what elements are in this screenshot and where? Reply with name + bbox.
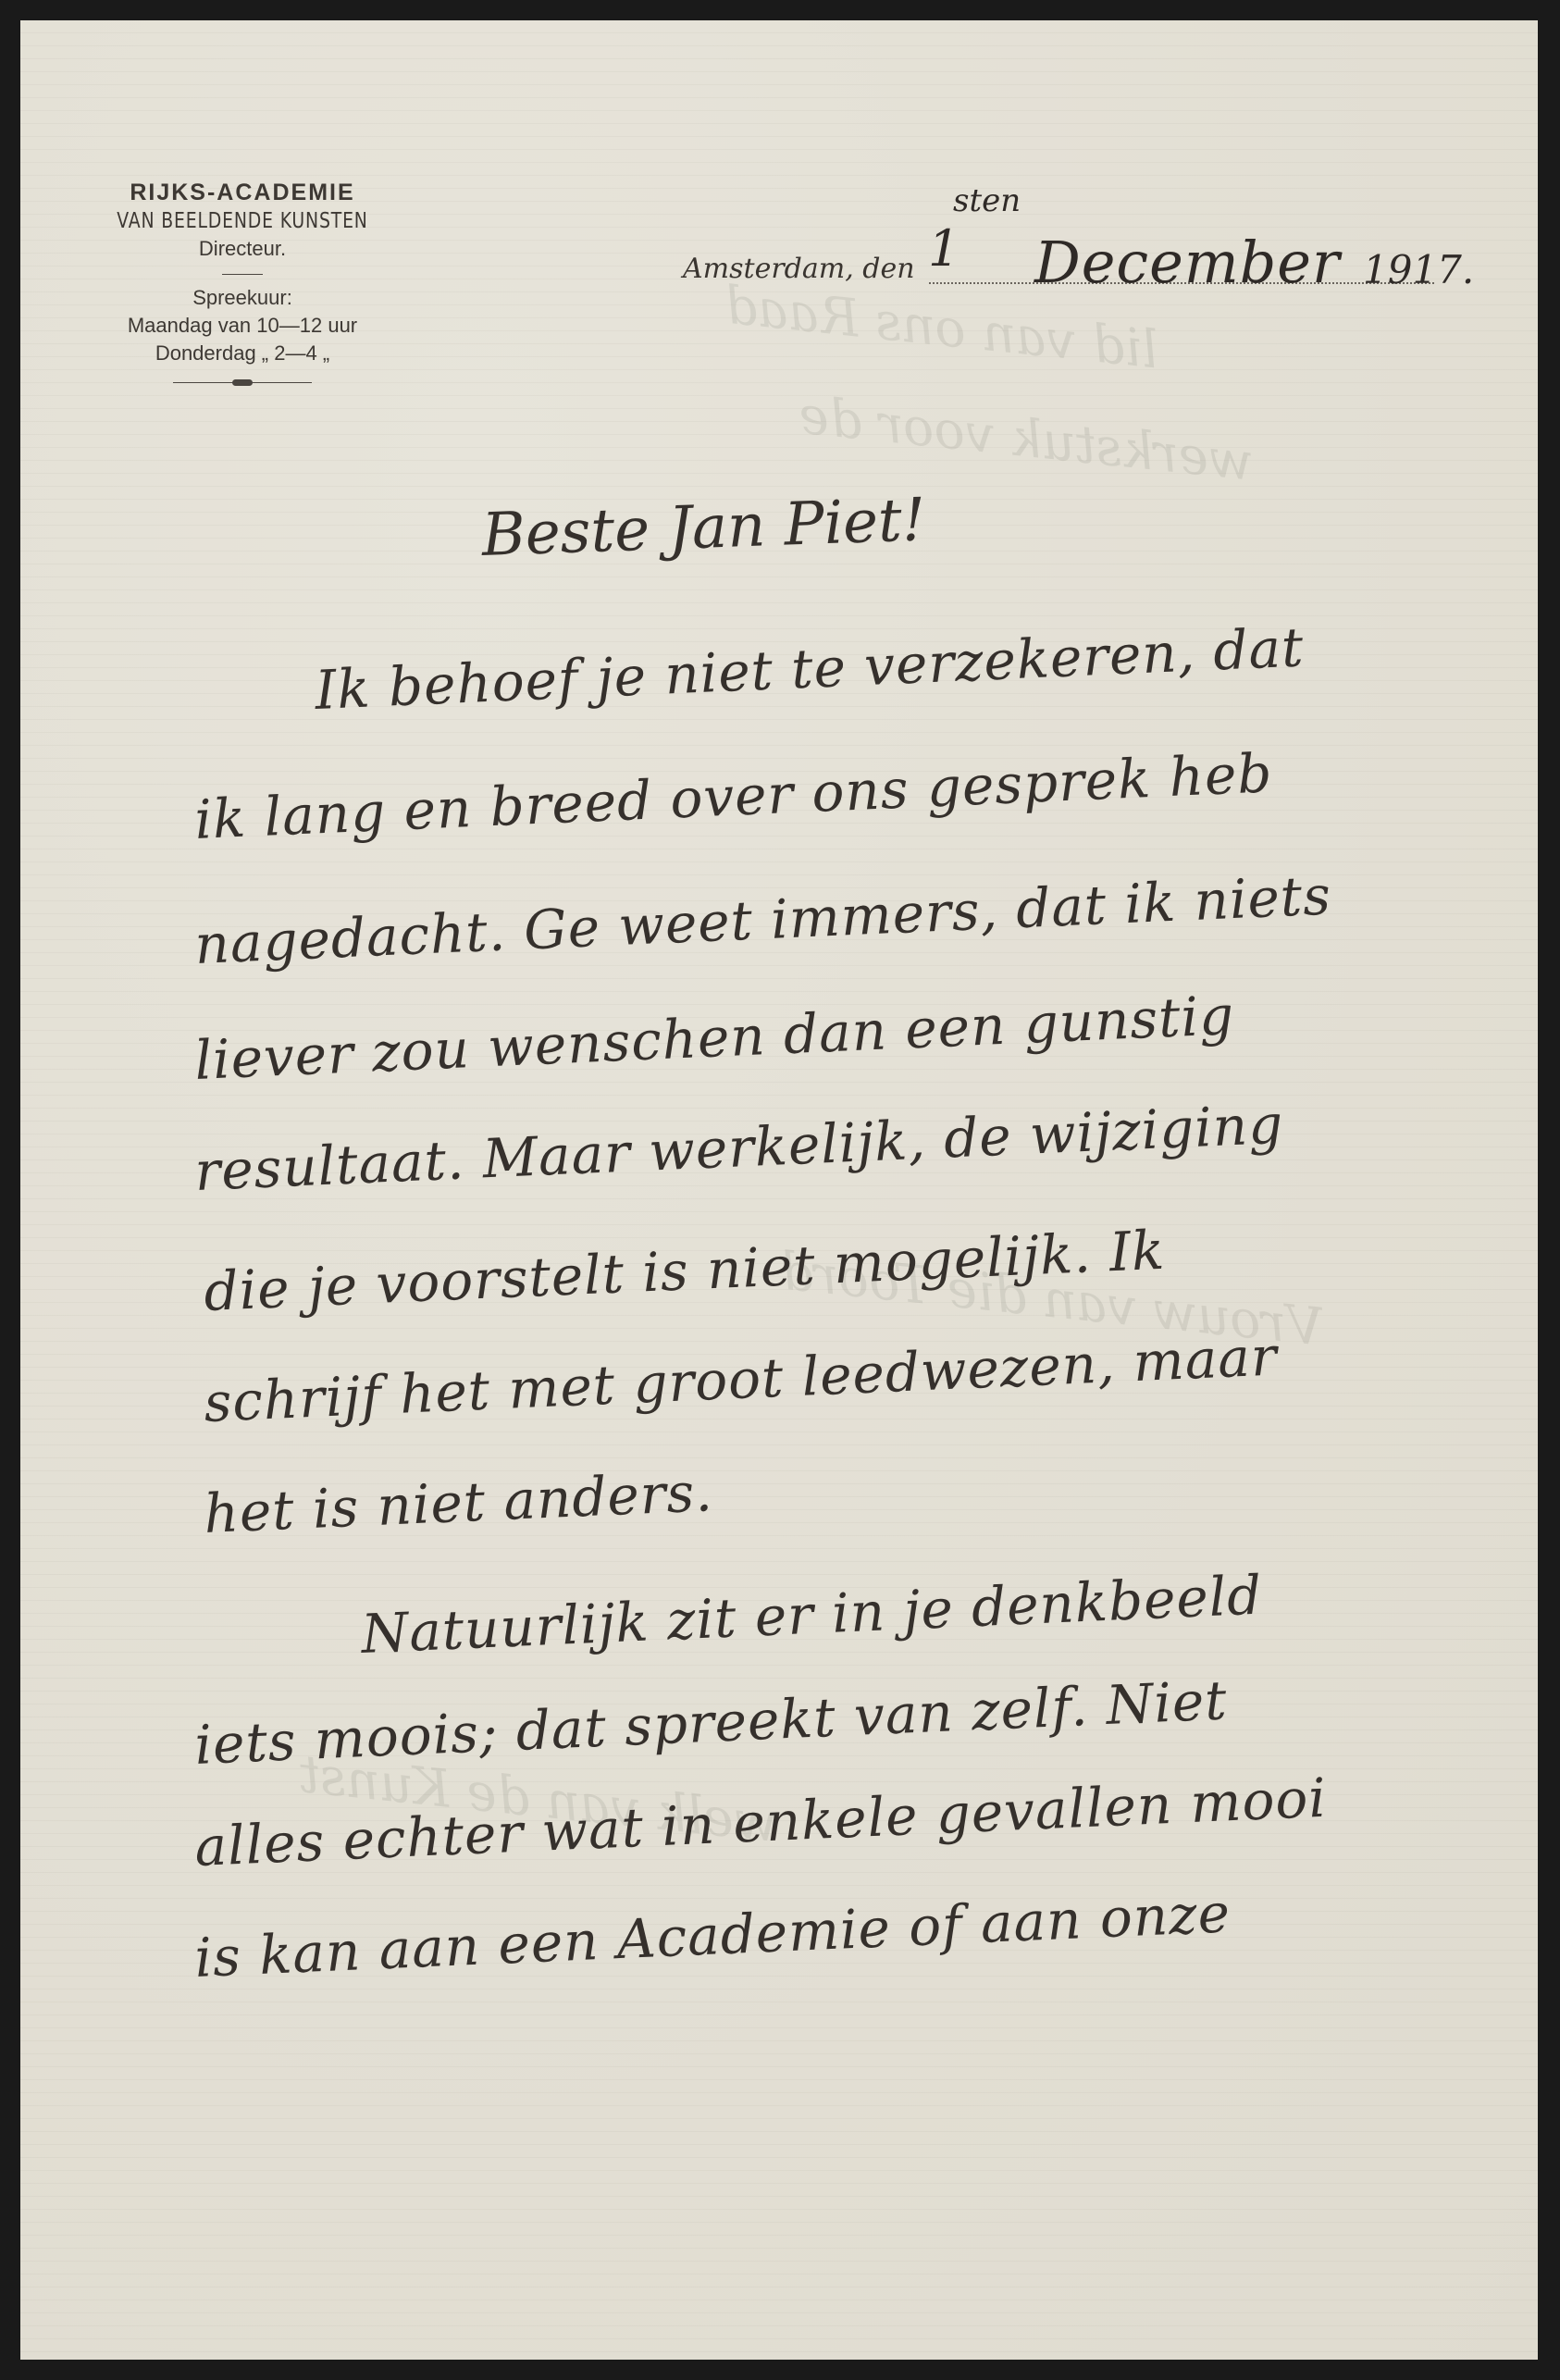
bleed-through-text: werkstuk voor de bbox=[796, 385, 1257, 492]
letter-line: nagedacht. Ge weet immers, dat ik niets bbox=[193, 863, 1332, 976]
date-month: December bbox=[1034, 229, 1341, 296]
date-day-suffix: sten bbox=[953, 182, 1021, 219]
letter-line: liever zou wenschen dan een gunstig bbox=[193, 984, 1235, 1092]
letter-line: Natuurlijk zit er in je denkbeeld bbox=[360, 1564, 1264, 1666]
letter-line: resultaat. Maar werkelijk, de wijziging bbox=[193, 1093, 1285, 1203]
letter-line: het is niet anders. bbox=[203, 1460, 714, 1545]
ornament-divider bbox=[173, 378, 312, 388]
office-hours-thursday: Donderdag „ 2—4 „ bbox=[76, 340, 409, 367]
salutation: Beste Jan Piet! bbox=[480, 486, 926, 570]
director-title: Directeur. bbox=[76, 235, 409, 263]
date-day: 1 bbox=[928, 219, 960, 278]
letter-line: is kan aan een Academie of aan onze bbox=[193, 1881, 1232, 1990]
office-hours-monday: Maandag van 10—12 uur bbox=[76, 312, 409, 340]
divider bbox=[222, 274, 263, 275]
letter-sheet: lid van ons Raad werkstuk voor de Vrouw … bbox=[20, 20, 1538, 2360]
letter-line: ik lang en breed over ons gesprek heb bbox=[193, 741, 1274, 851]
letter-line: iets moois; dat spreekt van zelf. Niet bbox=[193, 1668, 1229, 1777]
institution-subtitle: VAN BEELDENDE KUNSTEN bbox=[105, 207, 378, 235]
date-year: 1917. bbox=[1363, 247, 1474, 292]
institution-name: RIJKS-ACADEMIE bbox=[76, 178, 409, 207]
letter-line: Ik behoef je niet te verzekeren, dat bbox=[314, 615, 1306, 722]
letter-line: schrijf het met groot leedwezen, maar bbox=[203, 1324, 1279, 1434]
letterhead: RIJKS-ACADEMIE VAN BEELDENDE KUNSTEN Dir… bbox=[76, 178, 409, 388]
office-hours-label: Spreekuur: bbox=[76, 284, 409, 312]
city-prefix: Amsterdam, den bbox=[683, 253, 915, 285]
dateline: Amsterdam, den 1 sten December 1917. bbox=[683, 229, 1534, 312]
